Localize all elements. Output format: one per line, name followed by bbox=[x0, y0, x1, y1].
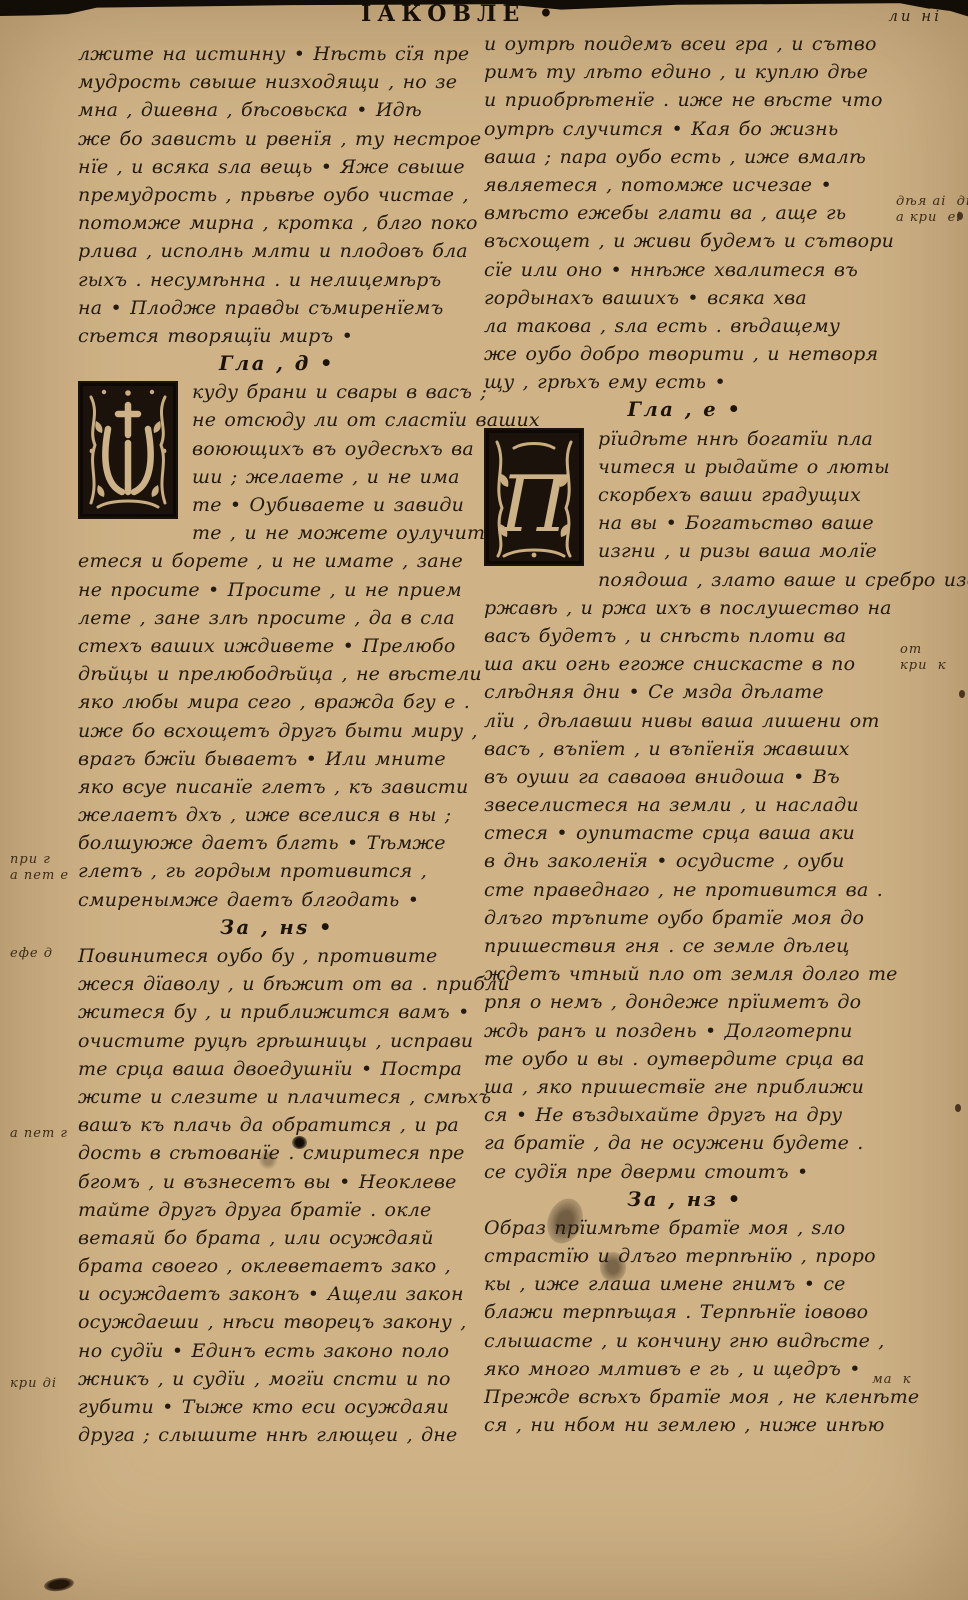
text-line: и приобрѣтенїе . иже не вѣсте что bbox=[484, 86, 886, 114]
text-line: кри к bbox=[900, 658, 947, 674]
omega-initial-icon bbox=[78, 381, 178, 519]
text-line: бгомъ , и възнесетъ вы • Неоклеве bbox=[78, 1168, 476, 1196]
left-column: лжите на истинну • Нѣсть сїя премудрость… bbox=[78, 40, 476, 1449]
text-line: етеся и борете , и не имате , зане bbox=[78, 547, 476, 575]
text-line: ма к bbox=[872, 1372, 912, 1388]
text-line: те оубо и вы . оутвердите срца ва bbox=[484, 1045, 886, 1073]
text-line: при г bbox=[10, 852, 69, 868]
text-line: дость в сѣтованїе . смиритеся пре bbox=[78, 1139, 476, 1167]
text-line: ся • Не въздыхайте другъ на дру bbox=[484, 1101, 886, 1129]
text-line: ждетъ чтный пло от земля долго те bbox=[484, 960, 886, 988]
text-line: яко всуе писанїе глетъ , къ зависти bbox=[78, 773, 476, 801]
text-line: Повинитеся оубо бу , противите bbox=[78, 942, 476, 970]
text-line: врагъ бжїи бываетъ • Или мните bbox=[78, 745, 476, 773]
text-line: желаетъ дхъ , иже вселися в ны ; bbox=[78, 801, 476, 829]
text-line: потомже мирна , кротка , блго поко bbox=[78, 209, 476, 237]
text-line: ветаяй бо брата , или осуждаяй bbox=[78, 1224, 476, 1252]
text-line: житеся бу , и приближится вамъ • bbox=[78, 998, 476, 1026]
text-line: Образ прїимѣте братїе моя , ѕло bbox=[484, 1214, 886, 1242]
text-line: въсхощет , и живи будемъ и сътвори bbox=[484, 227, 886, 255]
text-line: стеся • оупитасте срца ваша аки bbox=[484, 819, 886, 847]
text-line: сте праведнаго , не противится ва . bbox=[484, 876, 886, 904]
text-line: га братїе , да не осужени будете . bbox=[484, 1129, 886, 1157]
text-line: болшуюже даетъ блгть • Тѣмже bbox=[78, 829, 476, 857]
text-line: слышасте , и кончину гню видѣсте , bbox=[484, 1327, 886, 1355]
text-line: гордынахъ вашихъ • всяка хва bbox=[484, 284, 886, 312]
text-line: кри ді bbox=[10, 1376, 57, 1392]
text-line: рлива , исполнь млти и плодовъ бла bbox=[78, 237, 476, 265]
text-line: длъго тръпите оубо братїе моя до bbox=[484, 904, 886, 932]
text-line: губити • Тыже кто еси осуждаяи bbox=[78, 1393, 476, 1421]
james3-end-text: лжите на истинну • Нѣсть сїя премудрость… bbox=[78, 40, 476, 350]
text-line: но судїи • Единъ есть законо поло bbox=[78, 1337, 476, 1365]
text-line: оутрѣ случится • Кая бо жизнь bbox=[484, 115, 886, 143]
text-line: римъ ту лѣто едино , и куплю дѣе bbox=[484, 58, 886, 86]
text-line: смиренымже даетъ блгодать • bbox=[78, 886, 476, 914]
text-line: а пет е bbox=[10, 868, 69, 884]
text-line: являетеся , потомже исчезае • bbox=[484, 171, 886, 199]
text-line: а кри еі bbox=[896, 210, 968, 226]
text-line: лїи , дѣлавши нивы ваша лишени от bbox=[484, 707, 886, 735]
text-line: очистите руцѣ грѣшницы , исправи bbox=[78, 1027, 476, 1055]
text-line: поядоша , злато ваше и сребро изо bbox=[484, 566, 886, 594]
text-line: васъ , въпїет , и въпїенїя жавших bbox=[484, 735, 886, 763]
text-line: ефе д bbox=[10, 946, 53, 962]
text-line: въ оуши га саваоѳа внидоша • Въ bbox=[484, 763, 886, 791]
text-line: васъ будетъ , и снѣсть плоти ва bbox=[484, 622, 886, 650]
margin-note-right-3: ма к bbox=[872, 1372, 912, 1388]
text-line: жеся дїаволу , и бѣжит от ва . прибли bbox=[78, 970, 476, 998]
text-line: дѣя аі ді bbox=[896, 194, 968, 210]
text-line: и осуждаетъ законъ • Ащели закон bbox=[78, 1280, 476, 1308]
text-line: лете , зане злѣ просите , да в сла bbox=[78, 604, 476, 632]
stain bbox=[955, 1104, 961, 1112]
text-line: лжите на истинну • Нѣсть сїя пре bbox=[78, 40, 476, 68]
text-line: вмѣсто ежебы глати ва , аще гь bbox=[484, 199, 886, 227]
text-line: брата своего , оклеветаетъ зако , bbox=[78, 1252, 476, 1280]
text-line: жите и слезите и плачитеся , смѣхъ bbox=[78, 1083, 476, 1111]
text-line: на • Плодже правды съмиренїемъ bbox=[78, 294, 476, 322]
text-line: гыхъ . несумѣнна . и нелицемѣръ bbox=[78, 266, 476, 294]
chapter-5-heading: Гла , е • bbox=[484, 396, 886, 424]
margin-note-left-4: кри ді bbox=[10, 1376, 57, 1392]
text-line: ла такова , ѕла есть . вѣдащему bbox=[484, 312, 886, 340]
text-line: те срца ваша двоедушнїи • Постра bbox=[78, 1055, 476, 1083]
running-header: ІАКОВЛЕ • bbox=[0, 1, 920, 27]
text-line: осуждаеши , нѣси творецъ закону , bbox=[78, 1308, 476, 1336]
pe-initial-letter: П bbox=[498, 460, 570, 550]
chapter-4-heading: Гла , д • bbox=[78, 350, 476, 378]
text-line: иже бо всхощетъ другъ быти миру , bbox=[78, 717, 476, 745]
pe-initial-icon: П bbox=[484, 428, 584, 566]
text-line: ша , яко пришествїе гне приближи bbox=[484, 1073, 886, 1101]
text-line: ваша ; пара оубо есть , иже вмалѣ bbox=[484, 143, 886, 171]
text-line: те , и не можете оулучити . сваря bbox=[78, 519, 476, 547]
text-line: кы , иже глаша имене гнимъ • се bbox=[484, 1270, 886, 1298]
text-line: и оутрѣ поидемъ всеи гра , и сътво bbox=[484, 30, 886, 58]
text-line: ша аки огнь егоже снискасте в по bbox=[484, 650, 886, 678]
text-line: в днь заколенїя • осудисте , оуби bbox=[484, 847, 886, 875]
text-line: слѣдняя дни • Се мзда дѣлате bbox=[484, 678, 886, 706]
text-line: мудрость свыше низходящи , но зе bbox=[78, 68, 476, 96]
text-line: мна , дшевна , бѣсовьска • Идѣ bbox=[78, 96, 476, 124]
text-line: глетъ , гь гордым противится , bbox=[78, 857, 476, 885]
zachalo-57-text: Образ прїимѣте братїе моя , ѕлострастїю … bbox=[484, 1214, 886, 1440]
text-line: нїе , и всяка ѕла вещь • Яже свыше bbox=[78, 153, 476, 181]
text-line: страстїю и длъго терпѣнїю , проро bbox=[484, 1242, 886, 1270]
chapter-5-text: П рїидѣте ннѣ богатїи плачитеся и рыдайт… bbox=[484, 425, 886, 1186]
zachalo-57-heading: За , нз • bbox=[484, 1186, 886, 1214]
drop-cap-omega-woodcut bbox=[78, 381, 178, 519]
text-line: сѣется творящїи миръ • bbox=[78, 322, 476, 350]
stain bbox=[959, 690, 965, 698]
drop-cap-pe-woodcut: П bbox=[484, 428, 584, 566]
zachalo-56-text: Повинитеся оубо бу , противитежеся дїаво… bbox=[78, 942, 476, 1449]
text-line: тайте другъ друга братїе . окле bbox=[78, 1196, 476, 1224]
text-line: друга ; слышите ннѣ глющеи , дне bbox=[78, 1421, 476, 1449]
text-line: же бо зависть и рвенїя , ту нестрое bbox=[78, 125, 476, 153]
chapter-4-text: куду брани и свары в васъ ;не отсюду ли … bbox=[78, 378, 476, 914]
text-line: не просите • Просите , и не прием bbox=[78, 576, 476, 604]
text-line: стехъ ваших иждивете • Прелюбо bbox=[78, 632, 476, 660]
text-line: яко много млтивъ е гь , и щедръ • bbox=[484, 1355, 886, 1383]
zachalo-56-heading: За , нѕ • bbox=[78, 914, 476, 942]
text-line: рпя о немъ , дондеже прїиметъ до bbox=[484, 988, 886, 1016]
text-line: щу , грѣхъ ему есть • bbox=[484, 368, 886, 396]
book-page: ІАКОВЛЕ • ли ні лжите на истинну • Нѣсть… bbox=[0, 0, 968, 1600]
page-title: ІАКОВЛЕ • bbox=[361, 1, 559, 27]
text-line: пришествия гня . се земле дѣлец bbox=[484, 932, 886, 960]
text-line: премудрость , прьвѣе оубо чистае , bbox=[78, 181, 476, 209]
text-line: вашъ къ плачь да обратится , и ра bbox=[78, 1111, 476, 1139]
text-line: сїе или оно • ннѣже хвалитеся въ bbox=[484, 256, 886, 284]
folio-number: ли ні bbox=[888, 7, 942, 25]
text-line: же оубо добро творити , и нетворя bbox=[484, 340, 886, 368]
text-line: ся , ни нбом ни землею , ниже инѣю bbox=[484, 1411, 886, 1439]
text-line: а пет г bbox=[10, 1126, 68, 1142]
james4-end-text: и оутрѣ поидемъ всеи гра , и сътворимъ т… bbox=[484, 30, 886, 396]
margin-note-left-1: при га пет е bbox=[10, 852, 69, 884]
text-line: блажи терпѣщая . Терпѣнїе іовово bbox=[484, 1298, 886, 1326]
text-line: звеселистеся на земли , и наслади bbox=[484, 791, 886, 819]
text-line: ржавѣ , и ржа ихъ в послушество на bbox=[484, 594, 886, 622]
margin-note-right-1: дѣя аі діа кри еі bbox=[896, 194, 968, 226]
text-line: яко любы мира сего , вражда бгу е . bbox=[78, 688, 476, 716]
text-line: се судїя пре дверми стоитъ • bbox=[484, 1158, 886, 1186]
text-line: дѣйцы и прелюбодѣйца , не вѣстели bbox=[78, 660, 476, 688]
margin-note-left-3: а пет г bbox=[10, 1126, 68, 1142]
text-line: ждь ранъ и поздень • Долготерпи bbox=[484, 1017, 886, 1045]
right-column: и оутрѣ поидемъ всеи гра , и сътворимъ т… bbox=[484, 30, 886, 1439]
stain bbox=[43, 1576, 75, 1593]
text-line: Прежде всѣхъ братїе моя , не кленѣте bbox=[484, 1383, 886, 1411]
margin-note-left-2: ефе д bbox=[10, 946, 53, 962]
margin-note-right-2: откри к bbox=[900, 642, 947, 674]
text-line: от bbox=[900, 642, 947, 658]
text-line: жникъ , и судїи , могїи спсти и по bbox=[78, 1365, 476, 1393]
